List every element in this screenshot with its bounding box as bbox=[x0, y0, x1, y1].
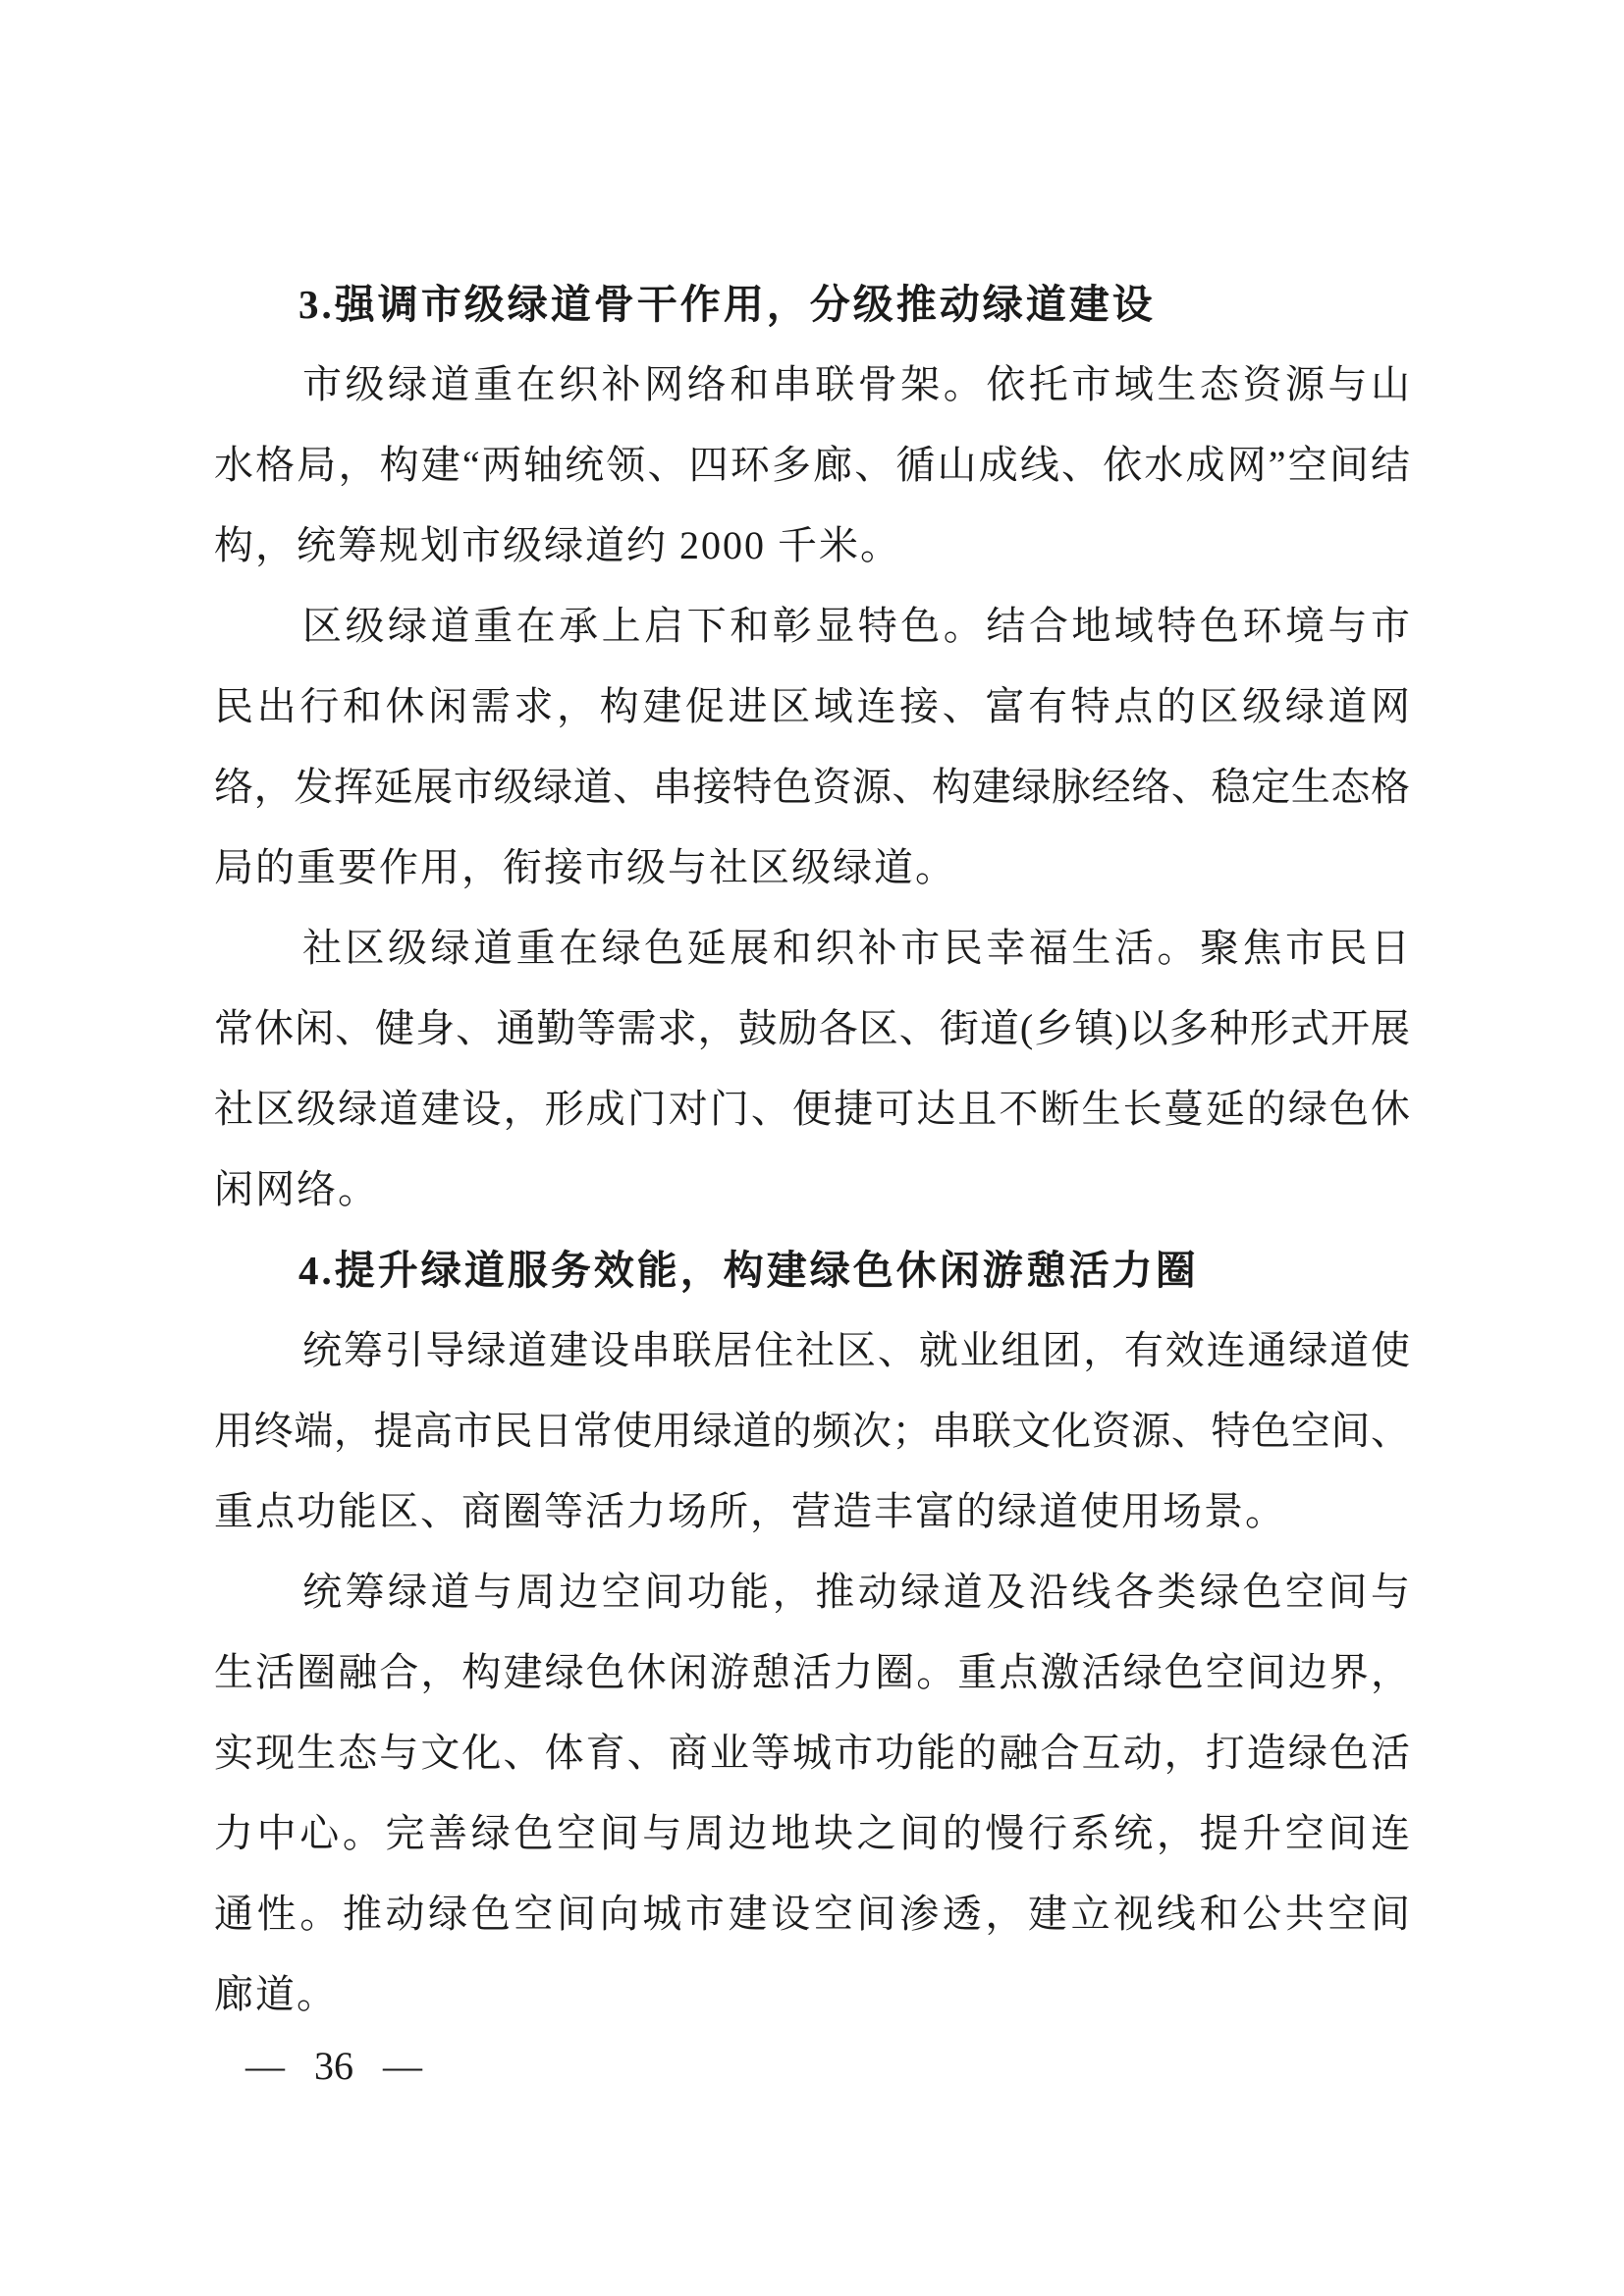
body-line: 用终端，提高市民日常使用绿道的频次；串联文化资源、特色空间、 bbox=[214, 1391, 1410, 1471]
body-line: 局的重要作用，衔接市级与社区级绿道。 bbox=[214, 828, 1410, 908]
body-line: 廊道。 bbox=[214, 1954, 1410, 2035]
body-line: 民出行和休闲需求，构建促进区域连接、富有特点的区级绿道网 bbox=[214, 667, 1410, 747]
section-heading-3: 3.强调市级绿道骨干作用，分级推动绿道建设 bbox=[214, 264, 1410, 345]
footer-right-dash: — bbox=[383, 2043, 422, 2089]
body-line: 重点功能区、商圈等活力场所，营造丰富的绿道使用场景。 bbox=[214, 1471, 1410, 1552]
section-heading-4: 4.提升绿道服务效能，构建绿色休闲游憩活力圈 bbox=[214, 1230, 1410, 1310]
body-line: 统筹绿道与周边空间功能，推动绿道及沿线各类绿色空间与 bbox=[214, 1552, 1410, 1632]
body-line: 区级绿道重在承上启下和彰显特色。结合地域特色环境与市 bbox=[214, 586, 1410, 667]
document-body: 3.强调市级绿道骨干作用，分级推动绿道建设 市级绿道重在织补网络和串联骨架。依托… bbox=[214, 264, 1410, 2035]
body-line: 构，统筹规划市级绿道约 2000 千米。 bbox=[214, 506, 1410, 586]
body-line: 实现生态与文化、体育、商业等城市功能的融合互动，打造绿色活 bbox=[214, 1713, 1410, 1793]
body-line: 通性。推动绿色空间向城市建设空间渗透，建立视线和公共空间 bbox=[214, 1874, 1410, 1954]
body-line: 统筹引导绿道建设串联居住社区、就业组团，有效连通绿道使 bbox=[214, 1310, 1410, 1391]
body-line: 生活圈融合，构建绿色休闲游憩活力圈。重点激活绿色空间边界， bbox=[214, 1632, 1410, 1713]
page-number: 36 bbox=[314, 2043, 353, 2089]
body-line: 社区级绿道重在绿色延展和织补市民幸福生活。聚焦市民日 bbox=[214, 908, 1410, 988]
body-line: 力中心。完善绿色空间与周边地块之间的慢行系统，提升空间连 bbox=[214, 1793, 1410, 1874]
body-line: 水格局，构建“两轴统领、四环多廊、循山成线、依水成网”空间结 bbox=[214, 425, 1410, 506]
body-line: 社区级绿道建设，形成门对门、便捷可达且不断生长蔓延的绿色休 bbox=[214, 1069, 1410, 1149]
body-line: 常休闲、健身、通勤等需求，鼓励各区、街道(乡镇)以多种形式开展 bbox=[214, 988, 1410, 1069]
body-line: 络，发挥延展市级绿道、串接特色资源、构建绿脉经络、稳定生态格 bbox=[214, 747, 1410, 828]
footer-left-dash: — bbox=[245, 2043, 285, 2089]
document-page: 3.强调市级绿道骨干作用，分级推动绿道建设 市级绿道重在织补网络和串联骨架。依托… bbox=[0, 0, 1624, 2296]
body-line: 闲网络。 bbox=[214, 1149, 1410, 1230]
body-line: 市级绿道重在织补网络和串联骨架。依托市域生态资源与山 bbox=[214, 345, 1410, 425]
page-footer: — 36 — bbox=[245, 2034, 422, 2097]
